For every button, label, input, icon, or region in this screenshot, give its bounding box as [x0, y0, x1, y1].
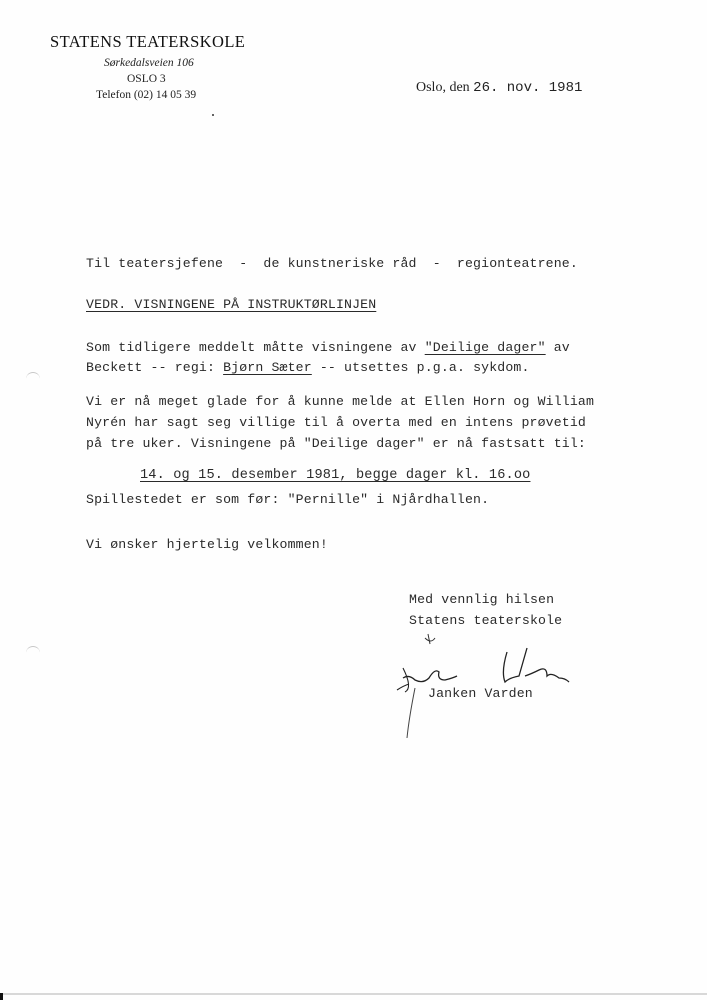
director-name: Bjørn Sæter: [223, 360, 312, 375]
paragraph2-line2: Nyrén har sagt seg villige til å overta …: [86, 415, 586, 430]
closing-greeting: Med vennlig hilsen: [409, 592, 554, 607]
margin-mark: [26, 372, 40, 381]
margin-mark: [26, 646, 40, 655]
paragraph2-line3: på tre uker. Visningene på "Deilige dage…: [86, 436, 586, 451]
paragraph1-line2: Beckett -- regi: Bjørn Sæter -- utsettes…: [86, 360, 530, 375]
letter-page: STATENS TEATERSKOLE Sørkedalsveien 106 O…: [0, 0, 707, 1000]
scan-edge: [0, 993, 707, 995]
performance-dates: 14. og 15. desember 1981, begge dager kl…: [140, 468, 530, 483]
signer-name: Janken Varden: [428, 686, 533, 701]
paragraph2-line1: Vi er nå meget glade for å kunne melde a…: [86, 394, 594, 409]
play-title: "Deilige dager": [425, 340, 546, 355]
scan-edge-mark: [0, 993, 3, 1000]
ink-speck: [212, 114, 214, 116]
letterhead-street: Sørkedalsveien 106: [104, 57, 194, 69]
p1-text-end: -- utsettes p.g.a. sykdom.: [312, 360, 530, 375]
p1-text: Som tidligere meddelt måtte visningene a…: [86, 340, 425, 355]
closing-organization: Statens teaterskole: [409, 613, 562, 628]
recipients-line: Til teatersjefene - de kunstneriske råd …: [86, 256, 578, 271]
letterhead-phone: Telefon (02) 14 05 39: [96, 89, 196, 101]
handwritten-signature: [395, 630, 595, 740]
welcome-line: Vi ønsker hjertelig velkommen!: [86, 537, 328, 552]
date-typed: 26. nov. 1981: [473, 80, 582, 96]
p1-text-end: av: [546, 340, 570, 355]
subject-heading: VEDR. VISNINGENE PÅ INSTRUKTØRLINJEN: [86, 297, 376, 312]
letter-date: Oslo, den 26. nov. 1981: [416, 80, 582, 96]
venue-line: Spillestedet er som før: "Pernille" i Nj…: [86, 492, 489, 507]
letterhead-organization: STATENS TEATERSKOLE: [50, 32, 245, 52]
letterhead-city: OSLO 3: [127, 73, 166, 85]
paragraph1-line1: Som tidligere meddelt måtte visningene a…: [86, 340, 570, 355]
p1-text: Beckett -- regi:: [86, 360, 223, 375]
date-prefix: Oslo, den: [416, 80, 470, 95]
